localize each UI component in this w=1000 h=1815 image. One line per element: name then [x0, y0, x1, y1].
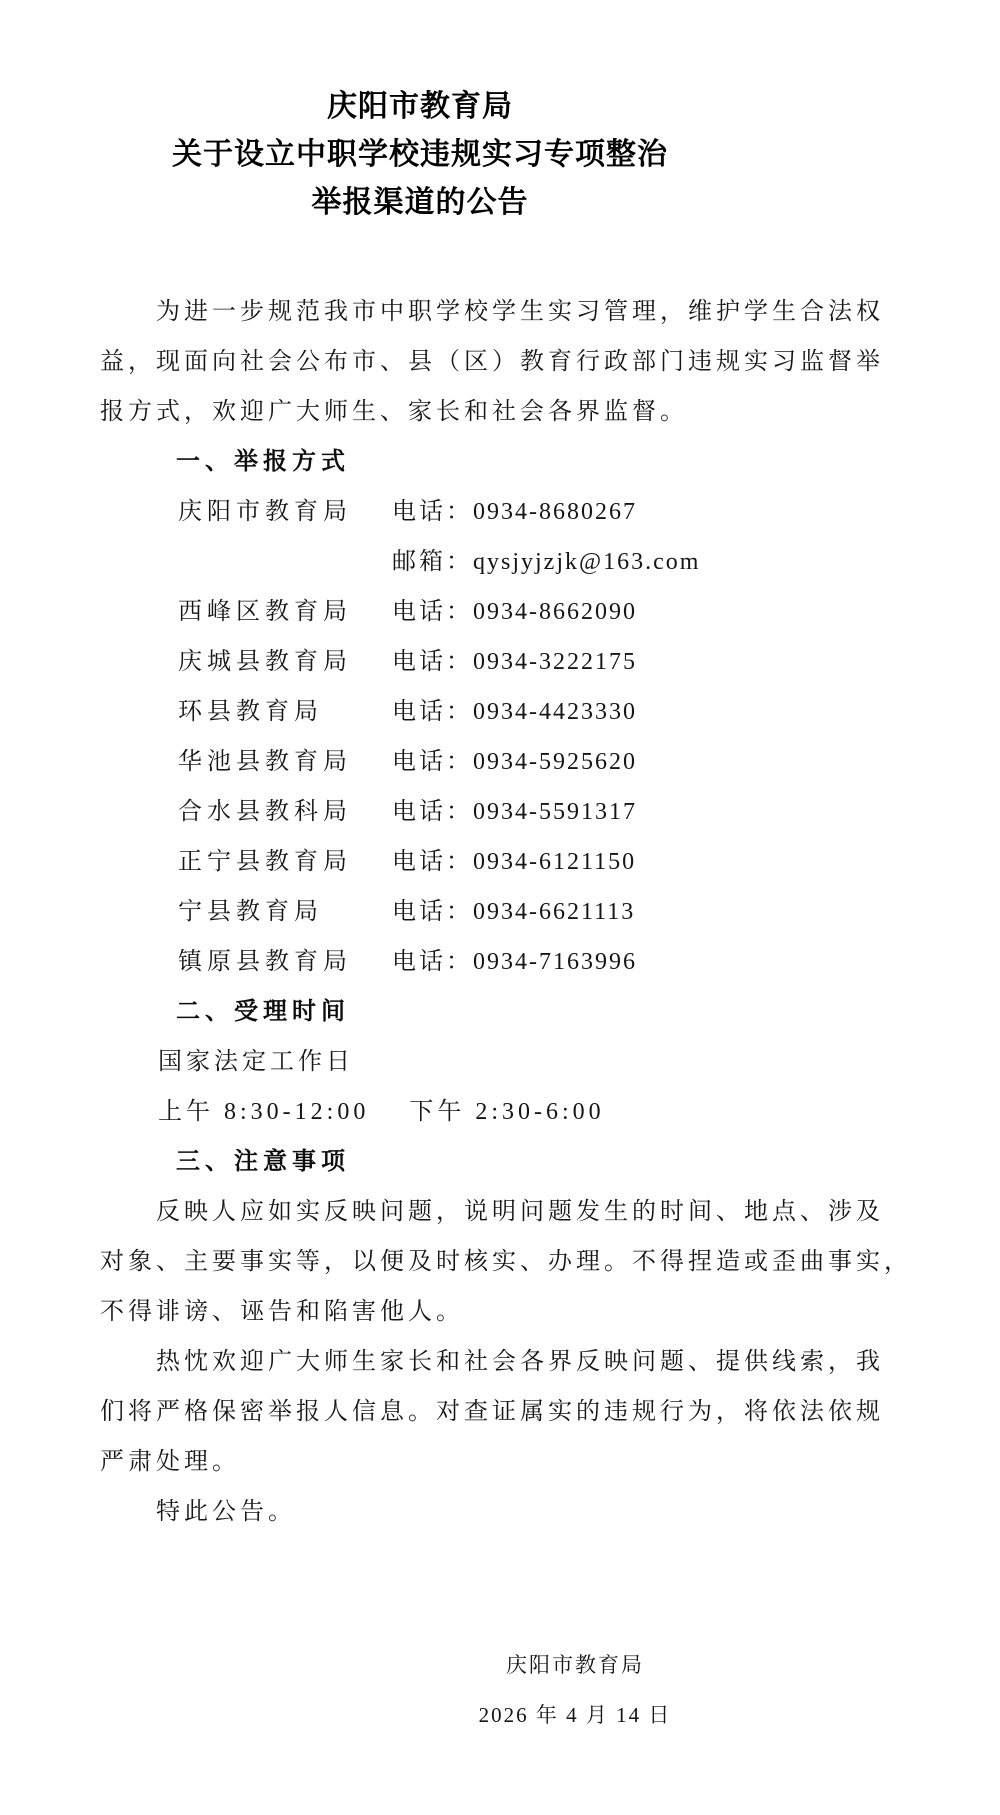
contact-label: 电话：: [392, 899, 473, 925]
contact-label: 电话：: [392, 949, 473, 975]
contact-phone: 0934-6121150: [473, 849, 636, 875]
contact-label: 电话：: [392, 499, 473, 525]
contact-row: 环县教育局电话：0934-4423330: [100, 687, 885, 737]
contact-label: 电话：: [392, 599, 473, 625]
contact-phone: 0934-8680267: [473, 499, 637, 525]
contact-label: 电话：: [392, 749, 473, 775]
contact-row: 庆城县教育局电话：0934-3222175: [100, 637, 885, 687]
contact-row: 庆阳市教育局电话：0934-8680267: [100, 487, 885, 537]
document-body: 为进一步规范我市中职学校学生实习管理，维护学生合法权 益，现面向社会公布市、县（…: [100, 287, 885, 1537]
title-line-3: 举报渠道的公告: [100, 179, 740, 227]
section-heading-accept-time: 二、受理时间: [176, 987, 885, 1037]
note2-line: 们将严格保密举报人信息。对查证属实的违规行为，将依法依规: [100, 1387, 885, 1437]
contact-phone: 0934-5591317: [473, 799, 637, 825]
contact-email: qysjyjzjk@163.com: [473, 549, 700, 575]
contact-phone: 0934-8662090: [473, 599, 637, 625]
intro-paragraph-line: 益，现面向社会公布市、县（区）教育行政部门违规实习监督举: [100, 337, 885, 387]
signature-date: 2026 年 4 月 14 日: [425, 1690, 725, 1740]
note2-line: 热忱欢迎广大师生家长和社会各界反映问题、提供线索，我: [100, 1337, 885, 1387]
section-heading-notes: 三、注意事项: [176, 1137, 885, 1187]
contact-row: 邮箱：qysjyjzjk@163.com: [100, 537, 885, 587]
contact-label: 电话：: [392, 849, 473, 875]
title-line-1: 庆阳市教育局: [100, 83, 740, 131]
contact-phone: 0934-3222175: [473, 649, 637, 675]
contact-label: 电话：: [392, 799, 473, 825]
intro-paragraph-line: 报方式，欢迎广大师生、家长和社会各界监督。: [100, 387, 885, 437]
contact-org: 正宁县教育局: [178, 837, 392, 887]
morning-hours: 上午 8:30-12:00: [158, 1099, 369, 1125]
intro-paragraph-line: 为进一步规范我市中职学校学生实习管理，维护学生合法权: [100, 287, 885, 337]
contact-row: 合水县教科局电话：0934-5591317: [100, 787, 885, 837]
contact-label: 邮箱：: [392, 549, 473, 575]
note2-line: 严肃处理。: [100, 1437, 885, 1487]
document-content: 庆阳市教育局 关于设立中职学校违规实习专项整治 举报渠道的公告 为进一步规范我市…: [100, 0, 885, 1740]
announcement-page: 庆阳市教育局 关于设立中职学校违规实习专项整治 举报渠道的公告 为进一步规范我市…: [0, 0, 1000, 1815]
contact-label: 电话：: [392, 649, 473, 675]
contact-row: 宁县教育局电话：0934-6621113: [100, 887, 885, 937]
section-heading-report-methods: 一、举报方式: [176, 437, 885, 487]
contact-phone: 0934-7163996: [473, 949, 637, 975]
contact-org: 合水县教科局: [178, 787, 392, 837]
afternoon-hours: 下午 2:30-6:00: [409, 1099, 604, 1125]
contact-org: 庆阳市教育局: [178, 487, 392, 537]
contact-org: 环县教育局: [178, 687, 392, 737]
contact-row: 镇原县教育局电话：0934-7163996: [100, 937, 885, 987]
contact-org: 西峰区教育局: [178, 587, 392, 637]
document-title: 庆阳市教育局 关于设立中职学校违规实习专项整治 举报渠道的公告: [100, 83, 740, 227]
contact-phone: 0934-6621113: [473, 899, 635, 925]
contact-org: 华池县教育局: [178, 737, 392, 787]
contact-row: 西峰区教育局电话：0934-8662090: [100, 587, 885, 637]
office-hours-line: 上午 8:30-12:00下午 2:30-6:00: [158, 1087, 885, 1137]
note1-line: 不得诽谤、诬告和陷害他人。: [100, 1287, 885, 1337]
closing-statement: 特此公告。: [100, 1487, 885, 1537]
workdays-text: 国家法定工作日: [158, 1037, 885, 1087]
contact-phone: 0934-4423330: [473, 699, 637, 725]
contact-org: 宁县教育局: [178, 887, 392, 937]
signature-block: 庆阳市教育局 2026 年 4 月 14 日: [425, 1640, 725, 1740]
contact-row: 正宁县教育局电话：0934-6121150: [100, 837, 885, 887]
contact-row: 华池县教育局电话：0934-5925620: [100, 737, 885, 787]
signature-org: 庆阳市教育局: [425, 1640, 725, 1690]
contact-phone: 0934-5925620: [473, 749, 637, 775]
note1-line: 反映人应如实反映问题，说明问题发生的时间、地点、涉及: [100, 1187, 885, 1237]
title-line-2: 关于设立中职学校违规实习专项整治: [100, 131, 740, 179]
contact-org: 镇原县教育局: [178, 937, 392, 987]
contact-label: 电话：: [392, 699, 473, 725]
note1-line: 对象、主要事实等，以便及时核实、办理。不得捏造或歪曲事实，: [100, 1237, 885, 1287]
contact-org: 庆城县教育局: [178, 637, 392, 687]
